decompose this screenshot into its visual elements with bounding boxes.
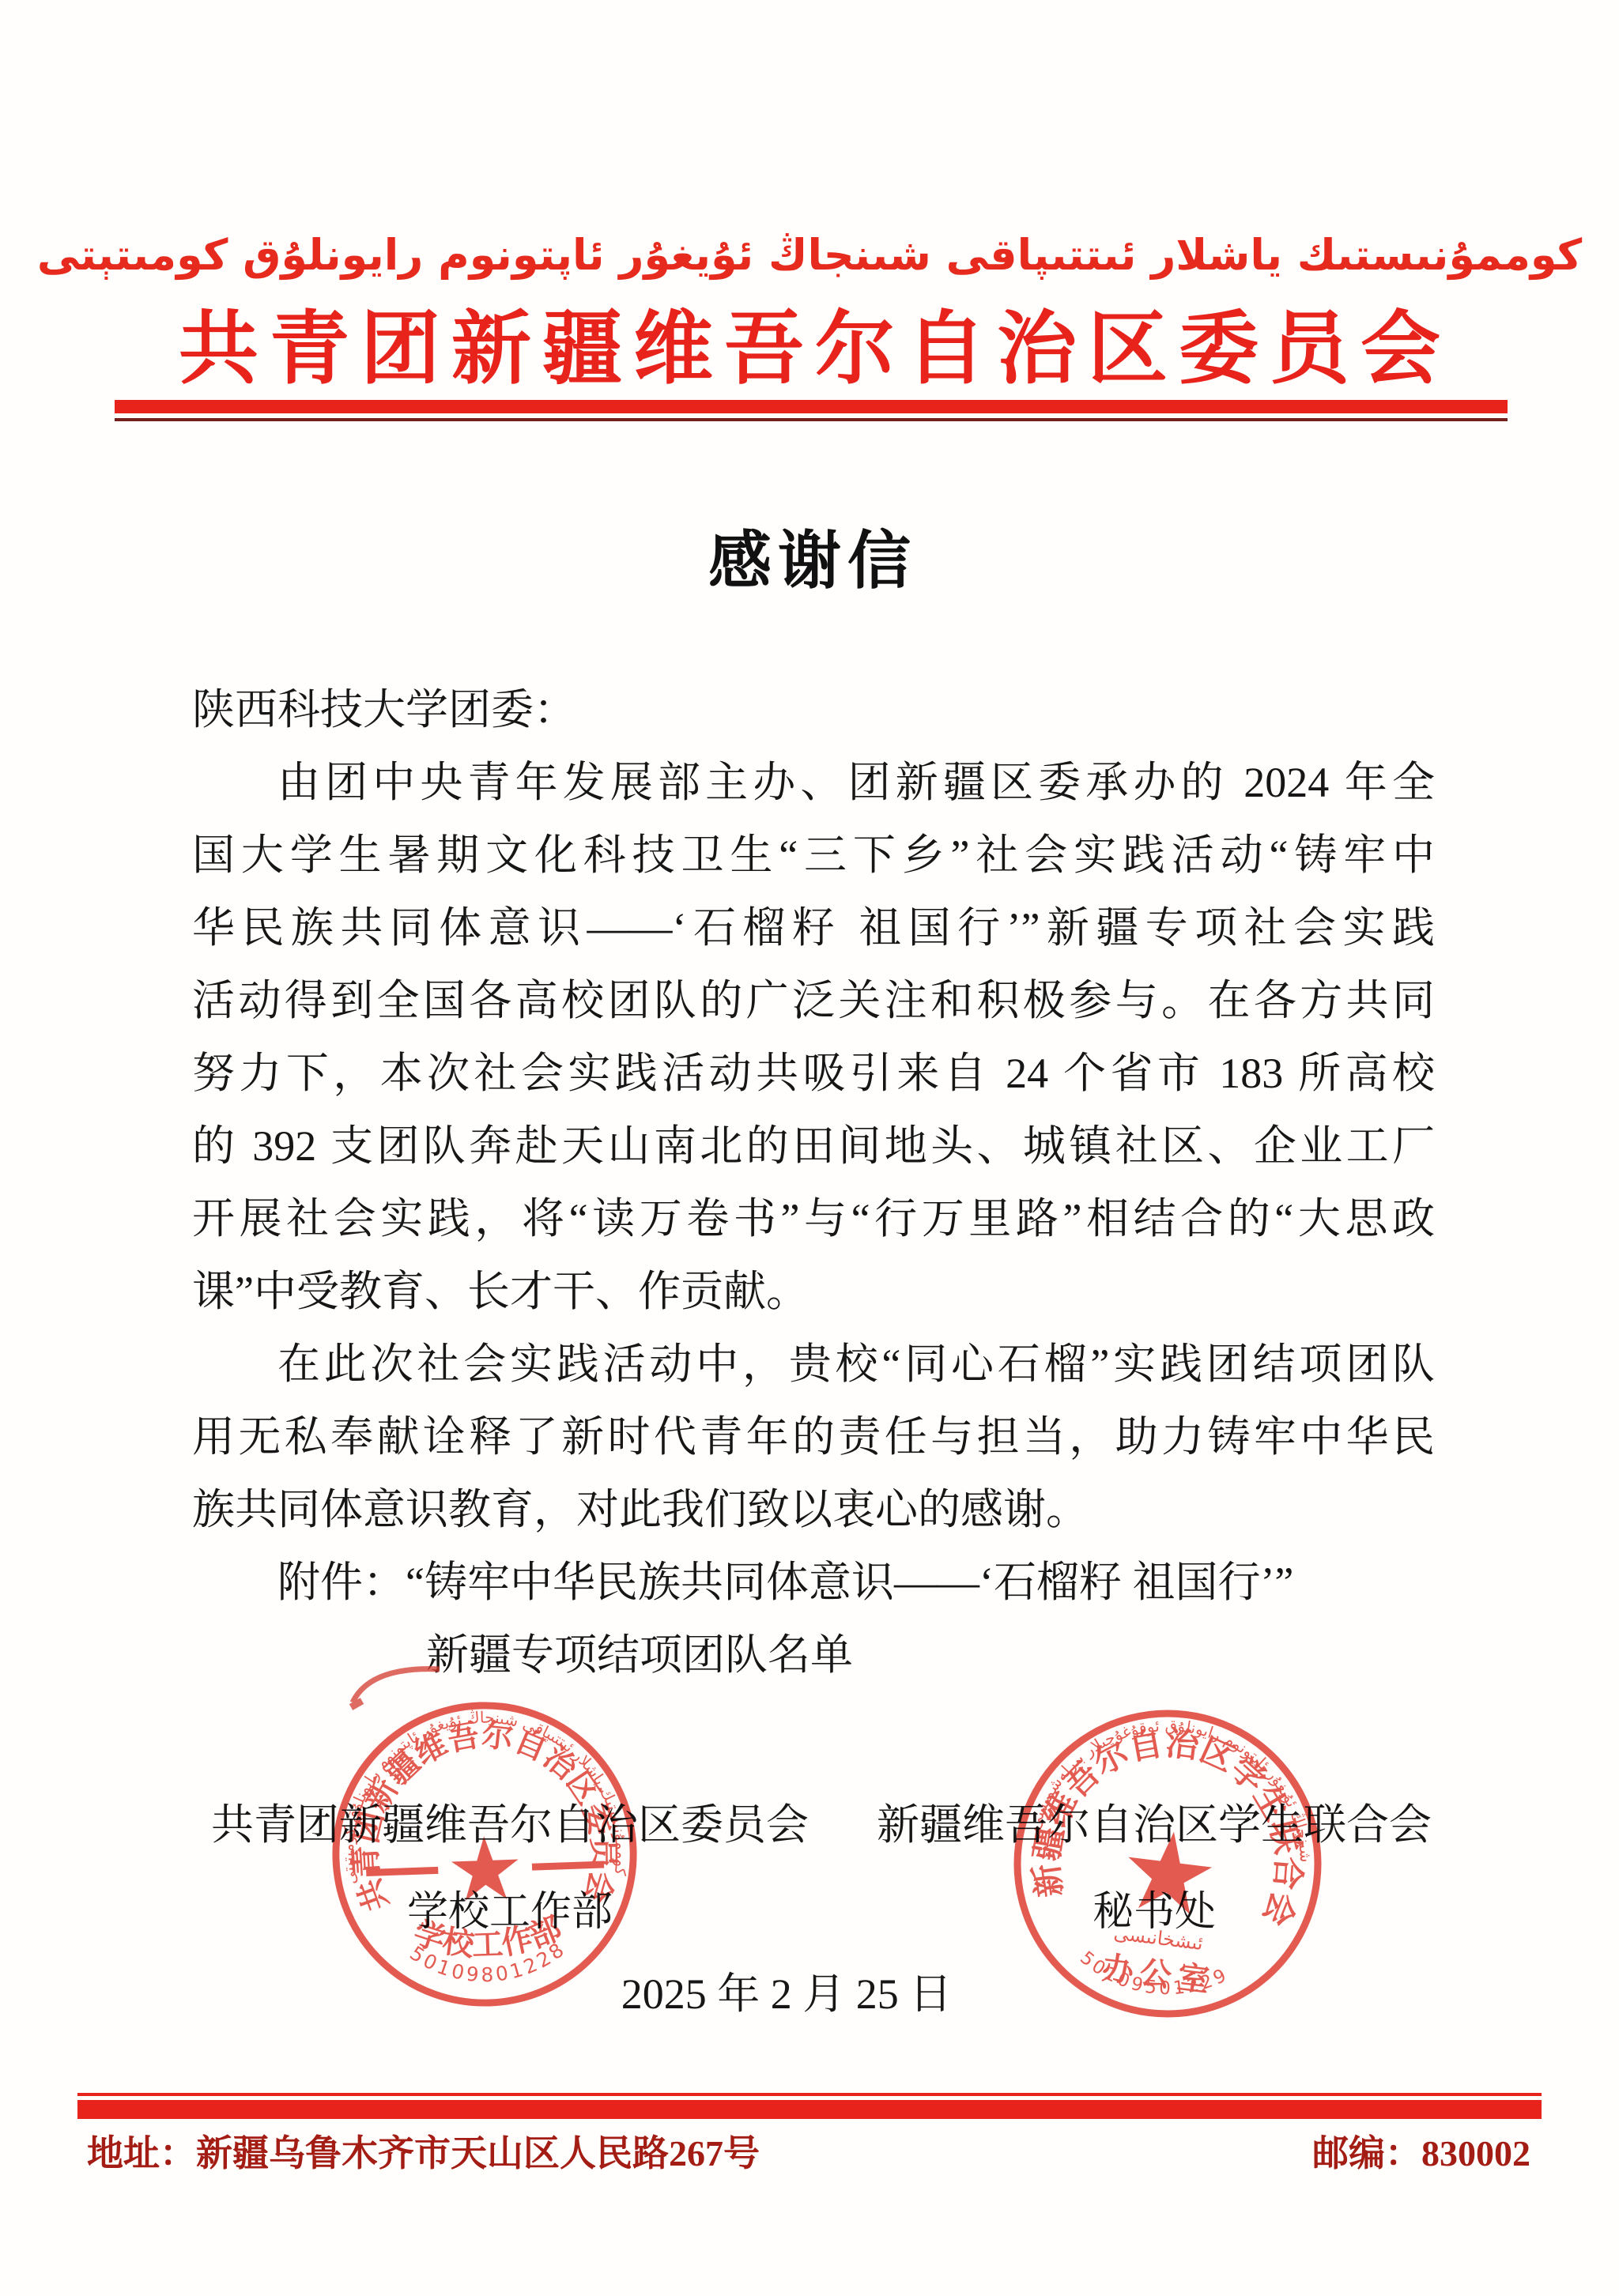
body-line: 开展社会实践，将“读万卷书”与“行万里路”相结合的“大思政: [192, 1182, 1435, 1255]
body-line: 活动得到全国各高校团队的广泛关注和积极参与。在各方共同: [192, 964, 1435, 1037]
letterhead-chinese-title: 共青团新疆维吾尔自治区委员会: [0, 302, 1619, 397]
body-line: 在此次社会实践活动中，贵校“同心石榴”实践团结项团队: [192, 1328, 1435, 1401]
body-line: 努力下，本次社会实践活动共吸引来自 24 个省市 183 所高校: [192, 1037, 1435, 1110]
body-line: 用无私奉献诠释了新时代青年的责任与担当，助力铸牢中华民: [192, 1401, 1435, 1473]
seal-star-icon: [1123, 1827, 1216, 1917]
body-line: 由团中央青年发展部主办、团新疆区委承办的 2024 年全: [192, 746, 1435, 819]
svg-text:新疆维吾尔自治区学生联合会: 新疆维吾尔自治区学生联合会: [1024, 1710, 1323, 1932]
footer: 地址：新疆乌鲁木齐市天山区人民路267号 邮编：830002: [0, 2124, 1619, 2177]
body-line: 国大学生暑期文化科技卫生“三下乡”社会实践活动“铸牢中: [192, 819, 1435, 892]
seal-office-uyghur: ئىشخانىسى: [1112, 1921, 1204, 1955]
body-line: 族共同体意识教育，对此我们致以衷心的感谢。: [192, 1473, 1435, 1546]
seal-org-arc: 新疆维吾尔自治区学生联合会: [1024, 1710, 1323, 1932]
footer-address: 地址：新疆乌鲁木齐市天山区人民路267号: [87, 2124, 760, 2177]
body-line: 陕西科技大学团委：: [192, 673, 1435, 746]
body-line: 附件：“铸牢中华民族共同体意识——‘石榴籽 祖国行’”: [192, 1546, 1435, 1619]
letter-page: كوممۇنىستىك ياشلار ئىتتىپاقى شىنجاڭ ئۇيغ…: [0, 0, 1619, 2296]
letterhead-uyghur-title: كوممۇنىستىك ياشلار ئىتتىپاقى شىنجاڭ ئۇيغ…: [0, 212, 1619, 299]
body-line: 华民族共同体意识——‘石榴籽 祖国行’”新疆专项社会实践: [192, 892, 1435, 964]
letter-body: 陕西科技大学团委：由团中央青年发展部主办、团新疆区委承办的 2024 年全国大学…: [192, 673, 1435, 1691]
document-title: 感谢信: [0, 510, 1619, 601]
seal-star-icon: [451, 1835, 520, 1901]
letterhead-rule-thin: [115, 418, 1508, 421]
letterhead-rule-thick: [115, 400, 1508, 413]
footer-rule-thick: [77, 2100, 1542, 2119]
official-seal-student-federation: شىنجاڭ ئۇيغۇر ئاپتونوم رايونلۇق ئوقۇغۇچى…: [991, 1687, 1344, 2040]
footer-rule-thin: [77, 2093, 1542, 2096]
body-line: 课”中受教育、长才干、作贡献。: [192, 1255, 1435, 1328]
official-seal-youth-league: كوممۇنىستىك ياشلار ئىتتىپاقى شىنجاڭ ئۇيغ…: [323, 1692, 647, 2016]
footer-postal-code: 邮编：830002: [1312, 2124, 1530, 2177]
body-line: 的 392 支团队奔赴天山南北的田间地头、城镇社区、企业工厂: [192, 1110, 1435, 1182]
